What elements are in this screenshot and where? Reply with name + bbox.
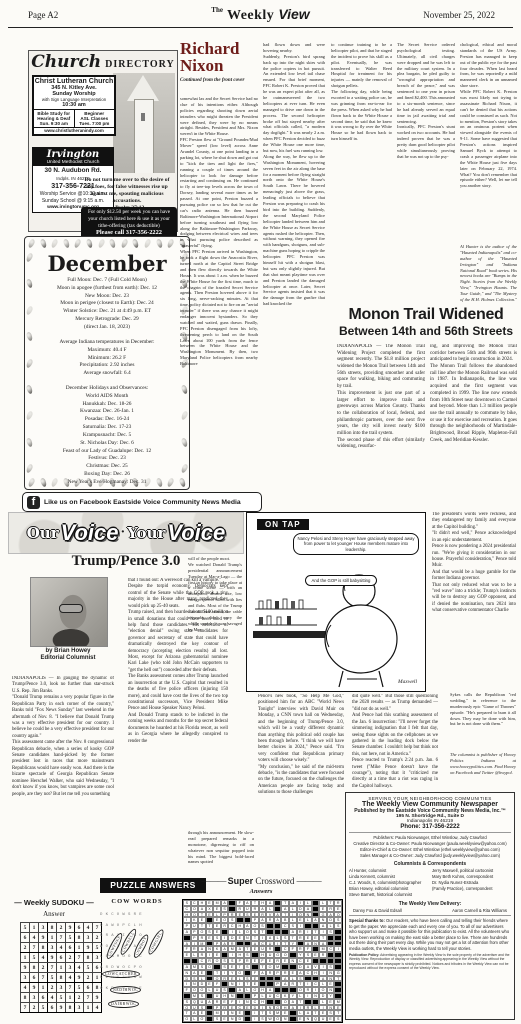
- sudoku-cell: 2: [30, 1003, 39, 1013]
- columnist-byline: by Brian HoweyEditorial Columnist: [30, 648, 106, 662]
- church-steeple-photo: [113, 73, 175, 173]
- december-holiday-line: St. Nicholas Day: Dec. 6: [35, 440, 179, 448]
- sudoku-cell: 9: [84, 943, 93, 953]
- crossword-cell: O: [274, 1016, 282, 1022]
- december-holiday-line: Feast of our Lady of Guadalupe: Dec. 12: [35, 448, 179, 456]
- steeple-tower: [134, 99, 154, 173]
- sudoku-cell: 3: [21, 973, 30, 983]
- delivery-team-1: Danny Fox & David Edsall: [353, 908, 402, 913]
- light-bulb: [120, 238, 128, 248]
- special-thanks: Special thanks to: Our readers, who have…: [349, 918, 511, 951]
- nixon-headline: Richard Nixon: [180, 40, 260, 74]
- december-temps-list: Average Indiana temperatures in December…: [35, 339, 179, 378]
- december-holiday-line: Kwanzaa: Dec. 26-Jan. 1: [35, 408, 179, 416]
- trump-column-3a: will of the people moot. We watched Dona…: [188, 556, 242, 688]
- steeple-spire: [127, 75, 159, 101]
- church-listing-ad: For only $12.50 per week you can have yo…: [81, 207, 177, 240]
- sudoku-cell: 9: [75, 973, 84, 983]
- facebook-text: Like us on Facebook Eastside Voice Commu…: [44, 499, 241, 506]
- banner-separator: ·: [120, 525, 125, 541]
- crossword-answer-grid: SCHEMAFATHATAILLTRCOAXESRURALALDAEREHOTE…: [182, 899, 343, 1023]
- december-calendar: December Full Moon: Dec. 7 (Full Cold Mo…: [24, 236, 190, 490]
- monon-headline: Mon​on Trail Widened: [333, 306, 519, 324]
- trump-column-1: INDIANAPOLIS — In gauging the dynamic of…: [12, 676, 114, 908]
- trump-column-4: Pence's new book, "So Help Me God," posi…: [258, 694, 344, 872]
- delivery-header: The Weekly View Delivery:: [349, 901, 511, 907]
- cow-word-circle: DAIRBWOC: [108, 1000, 139, 1008]
- december-temp-line: Minimum: 26.2 F: [35, 355, 179, 363]
- sudoku-cell: 5: [39, 1003, 48, 1013]
- december-astro-line: Moon in apogee (furthest from earth): De…: [35, 285, 179, 293]
- light-bulb: [97, 238, 105, 248]
- sudoku-cell: 1: [75, 943, 84, 953]
- sudoku-cell: 5: [66, 933, 75, 943]
- sudoku-cell: 2: [75, 993, 84, 1003]
- crossword-cell: I: [251, 1016, 259, 1022]
- sudoku-cell: 8: [39, 943, 48, 953]
- sudoku-cell: 1: [57, 963, 66, 973]
- sudoku-cell: 5: [48, 973, 57, 983]
- sudoku-cell: 3: [30, 993, 39, 1003]
- crossword-cell: S: [334, 1016, 342, 1022]
- cow-word-circle: COWGIRL: [146, 928, 166, 956]
- sudoku-cell: 6: [39, 993, 48, 1003]
- sudoku-cell: 9: [66, 923, 75, 933]
- steeple-window: [141, 113, 145, 121]
- cow-words-puzzle: DKCOWSRE OAWOPCLH GRAYILBO WOCSETAW LEBM…: [98, 908, 176, 1020]
- december-astro-line: Full Moon: Dec. 7 (Full Cold Moon): [35, 277, 179, 285]
- light-bulb: [25, 358, 33, 368]
- sudoku-cell: 3: [84, 933, 93, 943]
- sudoku-cell: 4: [39, 953, 48, 963]
- december-holiday-line: Christmas: Dec. 25: [35, 463, 179, 471]
- christmas-lights-top: [29, 239, 185, 248]
- sudoku-cell: 9: [30, 983, 39, 993]
- crossword-cell: L: [191, 1016, 199, 1022]
- trump-columnist-tagline: The columnist is publisher of Howey Poli…: [450, 752, 516, 790]
- december-astro-line: (direct Jan. 18, 2023): [35, 324, 179, 332]
- sudoku-cell: 7: [84, 993, 93, 1003]
- political-cartoon: ON TAP Nancy Pelosi and Steny Hoyer have…: [246, 512, 426, 692]
- light-bulb: [143, 238, 151, 248]
- facebook-icon: f: [27, 496, 40, 509]
- light-bulb: [86, 238, 94, 248]
- glasses-detail: [59, 604, 83, 613]
- sudoku-cell: 6: [57, 953, 66, 963]
- light-bulb: [26, 279, 34, 289]
- trump-column-5: did quite well." But those still questio…: [352, 694, 438, 788]
- december-astro-line: Winter Solstice: Dec. 21 at 4:49 p.m. ET: [35, 308, 179, 316]
- columnist-name: (Family Practice), correspondent: [432, 886, 511, 892]
- crossword-cell: N: [281, 1016, 289, 1022]
- sudoku-cell: 8: [66, 1003, 75, 1013]
- light-bulb: [25, 463, 33, 473]
- crossword-subtitle: Answers: [180, 888, 342, 895]
- crossword-cell: W: [266, 1016, 274, 1022]
- crossword-cell: [289, 1016, 297, 1022]
- sudoku-row: 367584921: [21, 973, 102, 983]
- sudoku-title: — Weekly SUDOKU —: [6, 898, 102, 907]
- light-bulb: [167, 238, 175, 248]
- crossword-cell: E: [327, 1016, 335, 1022]
- irvington-subtitle: United Methodist Church: [33, 160, 113, 165]
- sudoku-row: 982713456: [21, 963, 102, 973]
- nixon-column-5: chological, ethical and moral standards …: [460, 42, 517, 242]
- sudoku-cell: 6: [75, 923, 84, 933]
- irvington-address: 30 N. Audubon Rd.: [33, 167, 113, 176]
- columnists-left: Al Hunter, columnistLinda Kennett, colum…: [349, 868, 428, 898]
- sudoku-cell: 9: [21, 963, 30, 973]
- sudoku-cell: 8: [48, 923, 57, 933]
- trump-column-3b: through his announcement. He slow-read p…: [188, 830, 254, 876]
- december-holiday-line: World AIDS Month: [35, 393, 179, 401]
- divider: [349, 915, 511, 916]
- newspaper-page: Page A2 The Weekly View November 25, 202…: [0, 0, 521, 1024]
- columnist-photo: [30, 577, 108, 647]
- december-holiday-line: Festivus: Dec. 23: [35, 455, 179, 463]
- nixon-column-3: to continue training to be a helicopter …: [331, 42, 392, 302]
- sudoku-cell: 4: [66, 973, 75, 983]
- sudoku-subtitle: Answer: [6, 910, 102, 918]
- sudoku-cell: 1: [39, 983, 48, 993]
- crossword-cell: O: [183, 1016, 191, 1022]
- worship-time: 10:30 am: [34, 102, 114, 108]
- sudoku-cell: 2: [39, 963, 48, 973]
- issue-date: November 25, 2022: [423, 10, 495, 20]
- sudoku-cell: 4: [48, 993, 57, 1003]
- december-astro-line: Moon in perigee (closest to Earth): Dec.…: [35, 300, 179, 308]
- nixon-continued-note: Continued from the front cover: [180, 78, 260, 83]
- masthead-the: The: [211, 6, 223, 14]
- sudoku-cell: 5: [75, 983, 84, 993]
- december-holiday-line: New Year's Eve/Hogmanay: Dec. 31: [35, 479, 179, 487]
- sudoku-cell: 5: [84, 963, 93, 973]
- christmas-lights-left: [27, 253, 32, 473]
- crossword-cell: Q: [312, 1016, 320, 1022]
- sudoku-cell: 6: [66, 943, 75, 953]
- crossword-cell: S: [213, 1016, 221, 1022]
- our-voice-banner: Our Voice · Your Voice: [8, 512, 244, 554]
- sudoku-row: 278346195: [21, 943, 102, 953]
- staff-list: Creative Director & Co-Owner: Paula Nice…: [349, 841, 511, 858]
- sudoku-cell: 6: [30, 973, 39, 983]
- light-bulb: [27, 238, 35, 248]
- staff-line: Editor-in-Chief & Co-Owner: Ethel Winslo…: [349, 847, 511, 852]
- thanks-header: Special thanks to:: [349, 918, 385, 923]
- sudoku-cell: 2: [66, 953, 75, 963]
- sudoku-cell: 7: [57, 933, 66, 943]
- sudoku-cell: 4: [30, 933, 39, 943]
- sudoku-cell: 7: [30, 943, 39, 953]
- asl-class-cell: BeginnerASL ClassesTues. 7:00 pm: [75, 110, 115, 127]
- masthead-weekly: Weekly: [227, 8, 274, 23]
- december-holiday-line: Posadas: Dec. 16-24: [35, 416, 179, 424]
- delivery-names: Danny Fox & David Edsall Aaron Carnell &…: [349, 908, 511, 913]
- december-holiday-line: December Holidays and Observances:: [35, 385, 179, 393]
- light-bulb: [132, 238, 140, 248]
- light-bulb: [25, 305, 33, 315]
- sudoku-cell: 8: [57, 973, 66, 983]
- crossword-title: ——— Super Crossword ———: [180, 876, 342, 886]
- banner-voice-2: Voice: [167, 520, 225, 546]
- columnists-right: Jerry Maxwell, political cartoonistMary …: [432, 868, 511, 898]
- december-title: December: [25, 251, 189, 276]
- church-directory-ad: Church DIRECTORY Christ Lutheran Church …: [28, 50, 178, 232]
- irvington-script: Irvington: [33, 149, 113, 160]
- monon-column-2: ing, and improving the Monon Trail corri…: [430, 344, 517, 506]
- crossword-cell: N: [304, 1016, 312, 1022]
- banner-our: Our: [27, 524, 59, 542]
- sudoku-cell: 3: [66, 963, 75, 973]
- sudoku-cell: 4: [84, 923, 93, 933]
- sudoku-cell: 4: [57, 943, 66, 953]
- masthead-info-box: SERVING YOUR NEIGHBORHOOD COMMUNITIES Th…: [345, 792, 515, 1020]
- cartoon-title: ON TAP: [257, 519, 309, 530]
- sudoku-cell: 7: [39, 973, 48, 983]
- sudoku-cell: 9: [39, 933, 48, 943]
- irvington-header: Irvington United Methodist Church: [33, 148, 113, 166]
- crossword-cell: O: [198, 1016, 206, 1022]
- staff-line: Sales Manager & Co-Owner: Judy Crawford …: [349, 853, 511, 858]
- sudoku-cell: 3: [48, 943, 57, 953]
- sudoku-cell: 6: [48, 1003, 57, 1013]
- sudoku-cell: 7: [48, 963, 57, 973]
- december-temp-line: Average snowfall: 6.4: [35, 370, 179, 378]
- december-astro-list: Full Moon: Dec. 7 (Full Cold Moon)Moon i…: [35, 277, 179, 332]
- sudoku-cell: 1: [84, 1003, 93, 1013]
- sudoku-cell: 8: [75, 933, 84, 943]
- cartoonist-signature: Maxwell: [398, 679, 417, 685]
- trump-column-7: Sykes calls the Republican "red wedding,…: [450, 692, 516, 750]
- church-name: Christ Lutheran Church: [34, 78, 114, 85]
- december-temp-line: Average Indiana temperatures in December…: [35, 339, 179, 347]
- monon-subheadline: Between 14th and 56th Streets: [333, 324, 519, 338]
- sudoku-cell: 4: [75, 963, 84, 973]
- facebook-banner: f Like us on Facebook Eastside Voice Com…: [22, 492, 262, 512]
- light-bulb: [155, 238, 163, 248]
- sudoku-cell: 2: [48, 983, 57, 993]
- december-holidays-list: December Holidays and Observances:World …: [35, 385, 179, 487]
- sudoku-cell: 3: [57, 983, 66, 993]
- publishers-line: Publishers: Paula Nicewanger, Ethel Wins…: [349, 835, 511, 840]
- nixon-column-1: somewhat lax and the Secret Service had …: [180, 96, 258, 492]
- paper-title: The Weekly View Community Newspaper: [349, 801, 511, 808]
- sudoku-cell: 5: [21, 923, 30, 933]
- sudoku-cell: 7: [21, 1003, 30, 1013]
- cartoon-speech-bubble-2: And the GOP is still babysitting: [305, 575, 377, 586]
- light-bulb: [62, 238, 70, 248]
- sudoku-cell: 7: [75, 953, 84, 963]
- columnists-columns: Al Hunter, columnistLinda Kennett, colum…: [349, 868, 511, 898]
- bible-study-cell: Bible Study forHearing & DeafSun. 9:30 a…: [34, 110, 75, 127]
- christ-lutheran-listing: Christ Lutheran Church 345 N. Kitley Ave…: [32, 75, 116, 136]
- sudoku-cell: 8: [84, 953, 93, 963]
- light-bulb: [51, 238, 59, 248]
- divider: [349, 832, 511, 833]
- sudoku-row: 154962783: [21, 953, 102, 963]
- sudoku-cell: 5: [57, 993, 66, 1003]
- sudoku-row: 836451279: [21, 993, 102, 1003]
- december-holiday-line: Krampusnacht: Dec. 5: [35, 432, 179, 440]
- sudoku-cell: 6: [84, 983, 93, 993]
- nixon-column-2: had flown down and were hovering nearby.…: [263, 42, 325, 490]
- nixon-column-4: The Secret Service ordered psychological…: [397, 42, 455, 304]
- december-astro-line: Mercury Retrograde: Dec. 29: [35, 316, 179, 324]
- crossword-cell: E: [297, 1016, 305, 1022]
- sudoku-cell: 3: [75, 1003, 84, 1013]
- crossword-cell: D: [236, 1016, 244, 1022]
- staff-line: Creative Director & Co-Owner: Paula Nice…: [349, 841, 511, 846]
- sudoku-row: 513829647: [21, 923, 102, 933]
- sudoku-cell: 2: [57, 923, 66, 933]
- december-holiday-line: Saturnalia: Dec. 17-23: [35, 424, 179, 432]
- sudoku-row: 725698314: [21, 1003, 102, 1013]
- sudoku-row: 649175832: [21, 933, 102, 943]
- publication-policy: Publication Policy: Advertising appearin…: [349, 953, 511, 970]
- sudoku-cell: 1: [30, 923, 39, 933]
- sudoku-cell: 7: [66, 983, 75, 993]
- cartoon-speech-bubble-1: Nancy Pelosi and Steny Hoyer have gracio…: [293, 533, 419, 555]
- light-bulb: [39, 238, 47, 248]
- light-bulb: [26, 437, 34, 447]
- monon-column-1: INDIANAPOLIS — The Monon Trail Widening …: [337, 344, 425, 506]
- columnists-header: Columnists & Correspondents: [349, 861, 511, 867]
- sudoku-cell: 6: [21, 933, 30, 943]
- sudoku-cell: 1: [66, 993, 75, 1003]
- sudoku-cell: 3: [39, 923, 48, 933]
- class-schedule-table: Bible Study forHearing & DeafSun. 9:30 a…: [34, 109, 114, 127]
- light-bulb: [74, 238, 82, 248]
- sudoku-cell: 9: [48, 953, 57, 963]
- december-holiday-line: Hanukkah: Dec. 18-26: [35, 401, 179, 409]
- crossword-cell: U: [319, 1016, 327, 1022]
- december-holiday-line: Boxing Day: Dec. 26: [35, 471, 179, 479]
- crossword-cell: S: [259, 1016, 267, 1022]
- sudoku-cell: 2: [21, 943, 30, 953]
- light-bulb: [26, 332, 34, 342]
- phone-line: Phone: 317-356-2222: [349, 824, 511, 830]
- banner-voice-1: Voice: [61, 520, 119, 546]
- sudoku-cell: 9: [57, 1003, 66, 1013]
- nixon-author-bio: Al Hunter is the author of the "Haunted …: [460, 244, 517, 304]
- sudoku-row: 491237568: [21, 983, 102, 993]
- light-bulb: [109, 238, 117, 248]
- sudoku-cell: 8: [30, 963, 39, 973]
- crossword-cell: N: [228, 1016, 236, 1022]
- columnist-name: Steve Barnett, historical columnist: [349, 892, 428, 898]
- header-rule: [8, 27, 513, 28]
- sudoku-cell: 2: [84, 973, 93, 983]
- sudoku-cell: 8: [21, 993, 30, 1003]
- sudoku-answer-grid: 5138296476491758322783461951549627839827…: [20, 922, 102, 1013]
- sudoku-cell: 1: [21, 953, 30, 963]
- sudoku-cell: 4: [21, 983, 30, 993]
- december-temp-line: Maximum: 40.4 F: [35, 347, 179, 355]
- masthead-view: View: [278, 6, 309, 22]
- trump-column-6: The president's words were reckless, and…: [432, 512, 516, 688]
- cow-words-title: COW WORDS: [98, 898, 176, 905]
- crossword-cell: [244, 1016, 252, 1022]
- cow-word-circle: COWCATCHER: [102, 970, 140, 978]
- crossword-cell: E: [221, 1016, 229, 1022]
- church-directory-title: Church DIRECTORY: [29, 52, 177, 72]
- sudoku-cell: 5: [30, 953, 39, 963]
- sudoku-cell: 1: [48, 933, 57, 943]
- banner-your: Your: [127, 524, 165, 542]
- light-bulb: [25, 411, 33, 421]
- church-website: www.christlutheranindy.com: [34, 127, 114, 133]
- light-bulb: [26, 384, 34, 394]
- crossword-cell: [206, 1016, 214, 1022]
- delivery-team-2: Aaron Carnell & Rita Williams: [452, 908, 507, 913]
